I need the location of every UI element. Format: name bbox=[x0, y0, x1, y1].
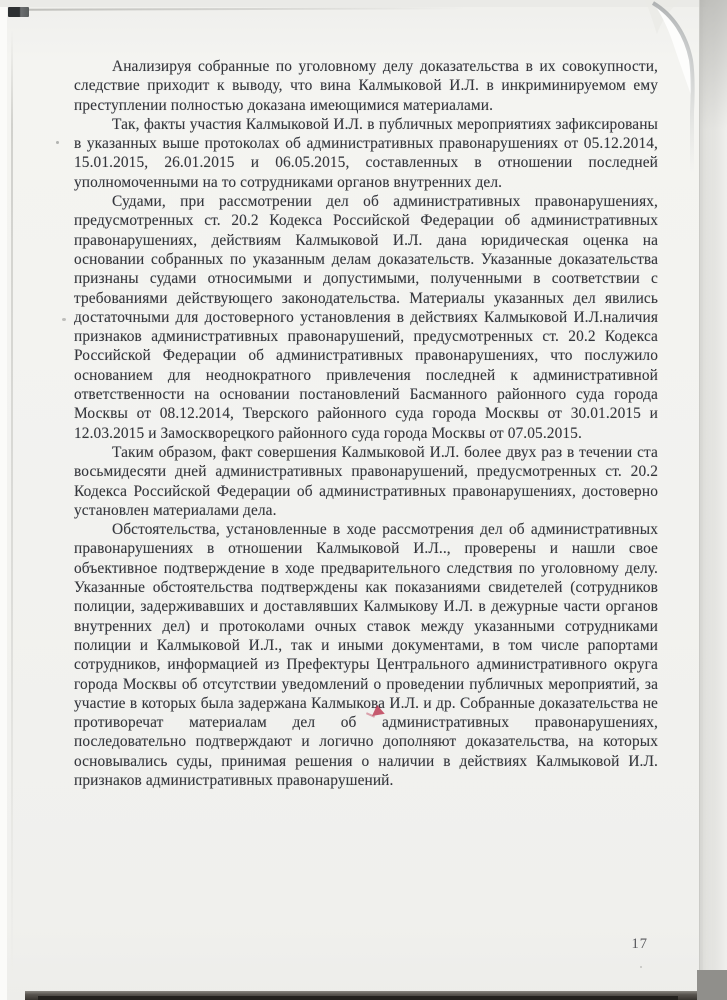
paragraph-repeat-offense: Таким образом, факт совершения Калмыково… bbox=[74, 443, 658, 520]
scan-speck bbox=[62, 318, 66, 321]
paragraph-court-assessment: Судами, при рассмотрении дел об админист… bbox=[74, 192, 658, 443]
scan-speck bbox=[56, 141, 59, 144]
paragraph-protocol-facts: Так, факты участия Калмыковой И.Л. в пуб… bbox=[74, 115, 658, 192]
scan-bottom-edge-dark bbox=[38, 996, 678, 1000]
scan-speck bbox=[361, 455, 363, 457]
scan-speck bbox=[640, 966, 642, 968]
scanned-document-page: Анализируя собранные по уголовному делу … bbox=[0, 0, 727, 1000]
scan-bottom-right-corner bbox=[697, 970, 727, 1000]
paper-crease bbox=[11, 30, 13, 980]
paragraph-analysis-conclusion: Анализируя собранные по уголовному делу … bbox=[74, 57, 658, 115]
scan-top-edge bbox=[0, 0, 727, 7]
page-number: 17 bbox=[632, 936, 649, 953]
scan-corner-mark bbox=[8, 7, 29, 17]
document-text: Анализируя собранные по уголовному делу … bbox=[74, 57, 658, 790]
scan-speck bbox=[402, 764, 405, 767]
scanner-right-band-shade bbox=[700, 0, 727, 130]
paragraph-circumstances-confirmed: Обстоятельства, установленные в ходе рас… bbox=[74, 520, 658, 790]
scanner-right-band bbox=[699, 0, 727, 1000]
